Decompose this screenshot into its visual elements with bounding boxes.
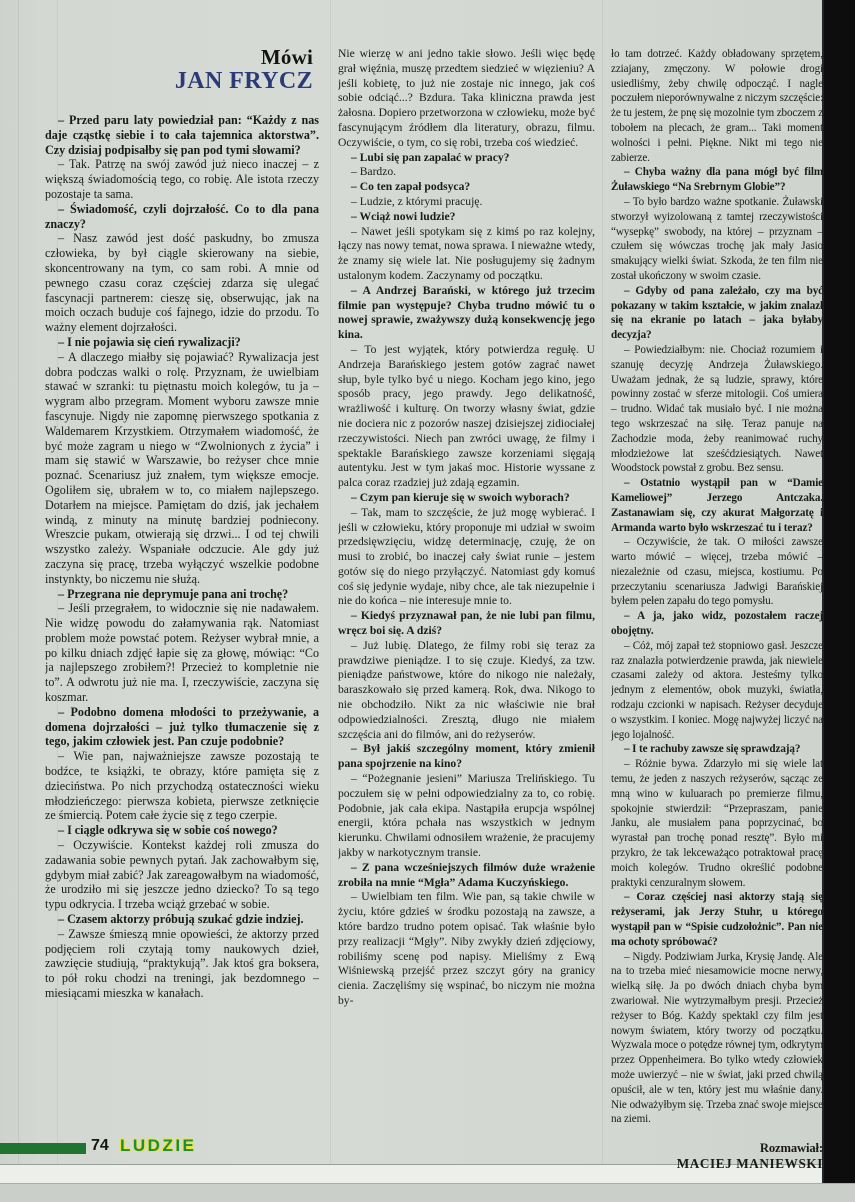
interview-question: – Czasem aktorzy próbują szukać gdzie in…: [45, 912, 319, 927]
interview-question: – Przed paru laty powiedział pan: “Każdy…: [45, 113, 319, 157]
column-paragraphs: ło tam dotrzeć. Każdy obładowany sprzęte…: [611, 47, 823, 1127]
interview-paragraph: – Oczywiście. Kontekst każdej roli zmusz…: [45, 838, 319, 912]
interview-paragraph: – Wie pan, najważniejsze zawsze pozostaj…: [45, 749, 319, 823]
interview-paragraph: – Bardzo.: [338, 165, 595, 180]
magazine-page-scan: { "page": { "title_line1": "Mówi", "titl…: [0, 0, 855, 1202]
text-column-2: Nie wierzę w ani jedno takie słowo. Jeśl…: [338, 47, 595, 1169]
interview-question: – Gdyby od pana zależało, czy ma być pok…: [611, 284, 823, 343]
interview-paragraph: – Nigdy. Podziwiam Jurka, Krysię Jandę. …: [611, 950, 823, 1128]
interview-question: – Podobno domena młodości to przeżywanie…: [45, 705, 319, 749]
interview-question: – Lubi się pan zapalać w pracy?: [338, 151, 595, 166]
interview-paragraph: – Jeśli przegrałem, to widocznie się nie…: [45, 601, 319, 705]
interview-paragraph: – Różnie bywa. Zdarzyło mi się wiele lat…: [611, 757, 823, 890]
column-paragraphs: – Przed paru laty powiedział pan: “Każdy…: [45, 113, 319, 1001]
interview-paragraph: – “Pożegnanie jesieni” Mariusza Trelińsk…: [338, 772, 595, 861]
interview-paragraph: – Nasz zawód jest dość paskudny, bo zmus…: [45, 231, 319, 335]
bottom-scan-margin: [0, 1183, 855, 1202]
interview-paragraph: – Ludzie, z którymi pracuję.: [338, 195, 595, 210]
interview-question: – Ostatnio wystąpił pan w “Damie Kamelio…: [611, 476, 823, 535]
interview-question: – Co ten zapał podsyca?: [338, 180, 595, 195]
interview-paragraph: – Tak, mam to szczęście, że już mogę wyb…: [338, 506, 595, 610]
interview-question: – Kiedyś przyznawał pan, że nie lubi pan…: [338, 609, 595, 639]
speaker-name-title: JAN FRYCZ: [45, 68, 313, 94]
interview-paragraph: – Zawsze śmieszą mnie opowieści, że akto…: [45, 927, 319, 1001]
byline: Rozmawiał: MACIEJ MANIEWSKI: [611, 1141, 823, 1169]
footer-green-bar: [0, 1143, 86, 1154]
interview-question: – Czym pan kieruje się w swoich wyborach…: [338, 491, 595, 506]
interview-paragraph: ło tam dotrzeć. Każdy obładowany sprzęte…: [611, 47, 823, 165]
interview-question: – Świadomość, czyli dojrzałość. Co to dl…: [45, 202, 319, 232]
interview-question: – I te rachuby zawsze się sprawdzają?: [611, 742, 823, 757]
column-paragraphs: Nie wierzę w ani jedno takie słowo. Jeśl…: [338, 47, 595, 1009]
interview-paragraph: – Oczywiście, że tak. O miłości zawsze w…: [611, 535, 823, 609]
interview-question: – A ja, jako widz, pozostałem raczej obo…: [611, 609, 823, 639]
interview-question: – Coraz częściej nasi aktorzy stają się …: [611, 890, 823, 949]
column-gutter-crease: [330, 0, 331, 1168]
interview-paragraph: – Nawet jeśli spotykam się z kimś po raz…: [338, 225, 595, 284]
interview-paragraph: – To było bardzo ważne spotkanie. Żuławs…: [611, 195, 823, 284]
interview-question: – Z pana wcześniejszych filmów duże wraż…: [338, 861, 595, 891]
interview-paragraph: – Cóż, mój zapał też stopniowo gasł. Jes…: [611, 639, 823, 743]
byline-author-name: MACIEJ MANIEWSKI: [611, 1156, 823, 1169]
section-logo-ludzie: LUDZIE: [120, 1136, 196, 1156]
text-column-1: – Przed paru laty powiedział pan: “Każdy…: [45, 113, 319, 1145]
right-scan-edge-black: [822, 0, 855, 1184]
interview-paragraph: – A dlaczego miałby się pojawiać? Rywali…: [45, 350, 319, 587]
interview-paragraph: Nie wierzę w ani jedno takie słowo. Jeśl…: [338, 47, 595, 151]
interview-paragraph: – Uwielbiam ten film. Wie pan, są takie …: [338, 890, 595, 1008]
interview-question: – Był jakiś szczególny moment, który zmi…: [338, 742, 595, 772]
interview-question: – Wciąż nowi ludzie?: [338, 210, 595, 225]
column-gutter-crease: [602, 0, 603, 1168]
article-title-word: Mówi: [45, 46, 313, 68]
page-number: 74: [91, 1137, 109, 1155]
interview-paragraph: – Już lubię. Dlatego, że filmy robi się …: [338, 639, 595, 743]
interview-question: – I nie pojawia się cień rywalizacji?: [45, 335, 319, 350]
interview-question: – Chyba ważny dla pana mógł być film Żuł…: [611, 165, 823, 195]
interview-question: – I ciągle odkrywa się w sobie coś noweg…: [45, 823, 319, 838]
paper-crease: [18, 0, 19, 1168]
byline-label: Rozmawiał:: [611, 1141, 823, 1156]
interview-question: – Przegrana nie deprymuje pana ani troch…: [45, 587, 319, 602]
interview-question: – A Andrzej Barański, w którego już trze…: [338, 284, 595, 343]
article-title-block: Mówi JAN FRYCZ: [45, 46, 319, 94]
text-column-3: ło tam dotrzeć. Każdy obładowany sprzęte…: [611, 47, 823, 1169]
interview-paragraph: – To jest wyjątek, który potwierdza regu…: [338, 343, 595, 491]
interview-paragraph: – Powiedziałbym: nie. Chociaż rozumiem i…: [611, 343, 823, 476]
interview-paragraph: – Tak. Patrzę na swój zawód już nieco in…: [45, 157, 319, 201]
